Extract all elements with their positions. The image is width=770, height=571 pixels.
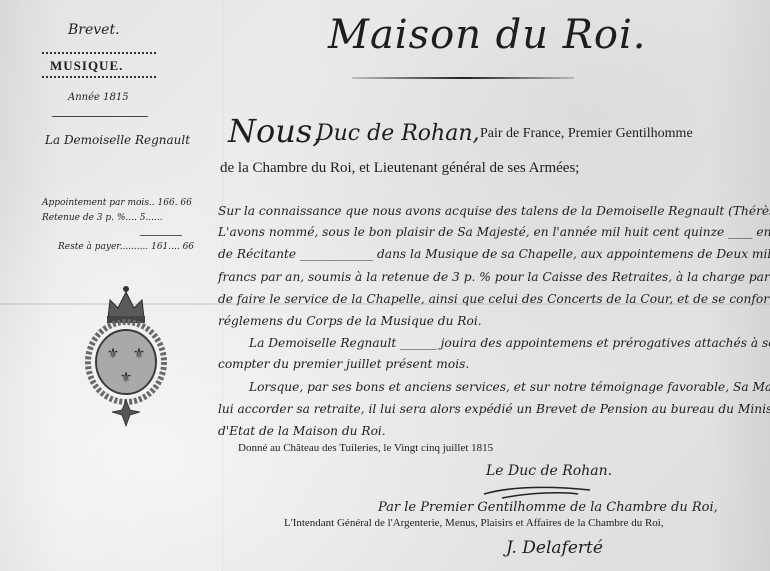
body-line: L'avons nommé, sous le bon plaisir de Sa…: [218, 225, 770, 239]
svg-text:⚜: ⚜: [107, 346, 120, 362]
heading-line2: de la Chambre du Roi, et Lieutenant géné…: [220, 160, 579, 177]
signature-flourish-icon: [482, 484, 592, 500]
ledger-label: Appointement par mois..: [42, 198, 155, 208]
signature-intendant: J. Delaferté: [506, 538, 603, 558]
body-line: Sur la connaissance que nous avons acqui…: [218, 204, 770, 218]
title-underline: [352, 77, 574, 79]
year-label: Année 1815: [68, 92, 129, 103]
body-line: de Récitante ____________ dans la Musiqu…: [218, 247, 770, 261]
ledger-row: Reste à payer.......... 161.... 66: [58, 242, 194, 252]
intendant-line: L'Intendant Général de l'Argenterie, Men…: [284, 517, 664, 529]
closing-line: Donné au Château des Tuileries, le Vingt…: [238, 442, 493, 454]
ledger-sum-rule: [140, 235, 182, 236]
countersign-line: Par le Premier Gentilhomme de la Chambre…: [378, 500, 718, 515]
document-title: Maison du Roi.: [328, 12, 646, 58]
dotted-rule-top: [42, 52, 156, 54]
body-line: réglemens du Corps de la Musique du Roi.: [218, 314, 482, 328]
ledger-label: Retenue de 3 p. %....: [42, 213, 137, 223]
body-line: Lorsque, par ses bons et anciens service…: [218, 380, 770, 394]
ledger-label: Reste à payer..........: [58, 242, 148, 252]
divider: [52, 116, 148, 117]
recipient-label: La Demoiselle Regnault: [45, 133, 190, 147]
heading-titles: Pair de France, Premier Gentilhomme: [480, 126, 693, 142]
body-line: lui accorder sa retraite, il lui sera al…: [218, 402, 770, 416]
body-line: francs par an, soumis à la retenue de 3 …: [218, 270, 770, 284]
body-line: La Demoiselle Regnault ______ jouira des…: [218, 336, 770, 350]
body-line: compter du premier juillet présent mois.: [218, 357, 469, 371]
dotted-rule-bottom: [42, 76, 156, 78]
heading-duc: Duc de Rohan,: [316, 121, 479, 146]
ledger-value: 166. 66: [158, 198, 192, 208]
body-line: de faire le service de la Chapelle, ains…: [218, 292, 770, 306]
signature-duc: Le Duc de Rohan.: [486, 463, 612, 479]
ledger-value: 161.... 66: [151, 242, 194, 252]
section-label: MUSIQUE.: [50, 58, 123, 74]
coat-of-arms-icon: ⚜ ⚜ ⚜: [80, 280, 172, 430]
svg-text:⚜: ⚜: [120, 370, 133, 386]
brevet-label: Brevet.: [68, 22, 120, 38]
ledger-row: Retenue de 3 p. %.... 5......: [42, 213, 163, 223]
ledger-value: 5......: [140, 213, 163, 223]
svg-text:⚜: ⚜: [133, 346, 146, 362]
paper-fold-vertical: [222, 0, 223, 571]
heading-nous: Nous,: [228, 112, 322, 150]
body-line: d'Etat de la Maison du Roi.: [218, 424, 386, 438]
ledger-row: Appointement par mois.. 166. 66: [42, 198, 192, 208]
